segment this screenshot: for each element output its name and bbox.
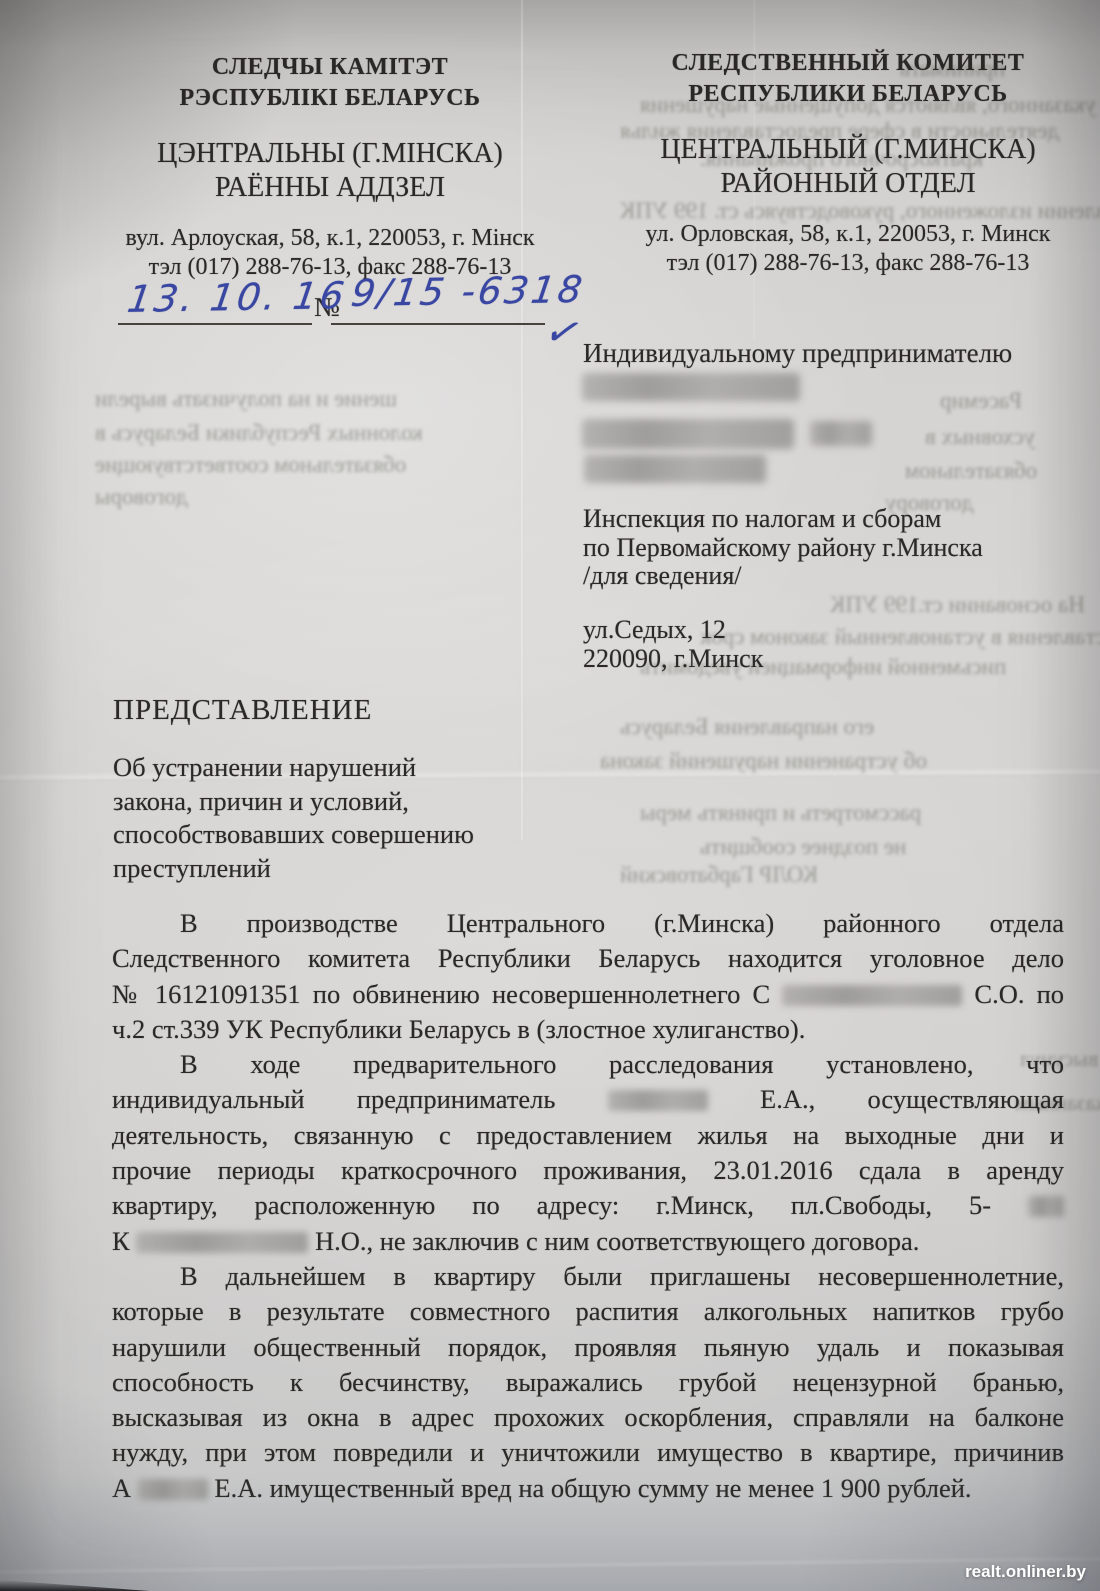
org-name-line: СЛЕДСТВЕННЫЙ КОМИТЕТ: [608, 48, 1088, 79]
letterhead-belarusian: СЛЕДЧЫ КАМІТЭТ РЭСПУБЛІКІ БЕЛАРУСЬ ЦЭНТР…: [95, 52, 565, 282]
body-line: нужду, при этом повредили и уничтожили и…: [112, 1435, 1064, 1470]
redaction-blur: [1028, 1196, 1064, 1217]
redaction-blur-address: [810, 421, 872, 446]
date-underline: [118, 323, 312, 325]
redaction-blur: [136, 1232, 308, 1253]
org-name-line: РЕСПУБЛИКИ БЕЛАРУСЬ: [608, 79, 1088, 110]
org-address: ул. Орловская, 58, к.1, 220053, г. Минск: [608, 220, 1088, 249]
bleedthrough-text: колонных Республики Беларусь в: [95, 420, 423, 446]
bleedthrough-text: об устранении нарушений закона: [600, 748, 927, 774]
bleedthrough-text: рассмотреть и принять меры: [640, 800, 921, 826]
body-line: В дальнейшем в квартиру были приглашены …: [112, 1259, 1064, 1294]
tax-office-line: Инспекция по налогам и сборам: [583, 505, 983, 534]
org-name-line: СЛЕДЧЫ КАМІТЭТ: [95, 52, 565, 83]
tax-office-line: /для сведения/: [583, 562, 983, 591]
redaction-blur-name: [582, 373, 800, 401]
body-line: В ходе предварительного расследования ус…: [112, 1047, 1064, 1082]
body-line: индивидуальный предприниматель Е.А., осу…: [112, 1082, 1064, 1117]
body-line: квартиру, расположенную по адресу: г.Мин…: [112, 1188, 1064, 1223]
tax-office-line: по Первомайскому району г.Минска: [583, 534, 983, 563]
bleedthrough-text: На основании ст.199 УПК: [830, 592, 1085, 618]
body-line: способность к бесчинству, выражались гру…: [112, 1365, 1064, 1400]
tax-office-block: Инспекция по налогам и сборам по Первома…: [583, 505, 983, 591]
org-name-line: РЭСПУБЛІКІ БЕЛАРУСЬ: [95, 83, 565, 114]
bleedthrough-text: его направления Беларусь: [620, 714, 874, 740]
dept-name-line: ЦЕНТРАЛЬНЫЙ (Г.МИНСКА): [608, 133, 1088, 167]
org-address: вул. Арлоуская, 58, к.1, 220053, г. Мінс…: [95, 224, 565, 253]
bleedthrough-text: обязательном: [905, 458, 1037, 484]
redaction-blur-address: [582, 419, 794, 449]
photo-corner-shadow: [0, 1580, 150, 1591]
redaction-blur: [138, 1479, 208, 1500]
document-subtitle: Об устранении нарушений закона, причин и…: [113, 751, 493, 885]
bleedthrough-text: договоры: [95, 484, 188, 510]
site-watermark: realt.onliner.by: [965, 1562, 1086, 1582]
bleedthrough-text: шение и на получизать вырели: [95, 386, 397, 412]
bleedthrough-text: Расемир: [940, 388, 1022, 414]
bleedthrough-text: КОЛР Гарбатовский: [620, 862, 818, 888]
paper-fold-horizontal-2: [0, 1555, 1100, 1575]
handwritten-date: 13. 10. 16: [125, 274, 350, 321]
tax-office-city: 220090, г.Минск: [583, 645, 763, 674]
tax-office-street: ул.Седых, 12: [583, 616, 763, 645]
scanned-document-page: СЛЕДЧЫ КАМІТЭТ РЭСПУБЛІКІ БЕЛАРУСЬ ЦЭНТР…: [0, 0, 1100, 1591]
body-line: деятельность, связанную с предоставление…: [112, 1118, 1064, 1153]
dept-name-line: РАЁННЫ АДДЗЕЛ: [95, 171, 565, 205]
body-text: В производстве Центрального (г.Минска) р…: [112, 906, 1064, 1506]
document-title: ПРЕДСТАВЛЕНИЕ: [113, 694, 372, 727]
dept-name-line: ЦЭНТРАЛЬНЫ (Г.МІНСКА): [95, 137, 565, 171]
subtitle-line: способствовавших совершению: [113, 818, 493, 852]
subtitle-line: преступлений: [113, 852, 493, 886]
body-line: ч.2 ст.339 УК Республики Беларусь в (зло…: [112, 1012, 1064, 1047]
body-line: А Е.А. имущественный вред на общую сумму…: [112, 1471, 1064, 1506]
letterhead-russian: СЛЕДСТВЕННЫЙ КОМИТЕТ РЕСПУБЛИКИ БЕЛАРУСЬ…: [608, 48, 1088, 278]
redaction-blur: [782, 985, 962, 1006]
body-line: высказывая из окна в адрес прохожих оско…: [112, 1400, 1064, 1435]
tax-office-address: ул.Седых, 12 220090, г.Минск: [583, 616, 763, 673]
number-underline: [331, 323, 545, 325]
org-phone: тэл (017) 288-76-13, факс 288-76-13: [608, 249, 1088, 278]
dept-name-line: РАЙОННЫЙ ОТДЕЛ: [608, 167, 1088, 201]
body-line: которые в результате совместного распити…: [112, 1294, 1064, 1329]
body-line: К Н.О., не заключив с ним соответствующе…: [112, 1224, 1064, 1259]
body-line: нарушили общественный порядок, проявляя …: [112, 1330, 1064, 1365]
subtitle-line: Об устранении нарушений: [113, 751, 493, 785]
addressee-label: Индивидуальному предпринимателю: [583, 338, 1012, 369]
redaction-blur-address: [584, 455, 766, 483]
bleedthrough-text: не позднее сообщить: [700, 834, 906, 860]
body-line: прочие периоды краткосрочного проживания…: [112, 1153, 1064, 1188]
redaction-blur: [608, 1090, 708, 1111]
subtitle-line: закона, причин и условий,: [113, 785, 493, 819]
body-line: В производстве Центрального (г.Минска) р…: [112, 906, 1064, 941]
body-line: Следственного комитета Республики Белару…: [112, 941, 1064, 976]
body-line: № 16121091351 по обвинению несовершеннол…: [112, 977, 1064, 1012]
handwritten-number: 9/15 -6318: [349, 268, 588, 315]
bleedthrough-text: обязательном соответствующие: [95, 452, 406, 478]
bleedthrough-text: усховных в: [925, 424, 1035, 450]
